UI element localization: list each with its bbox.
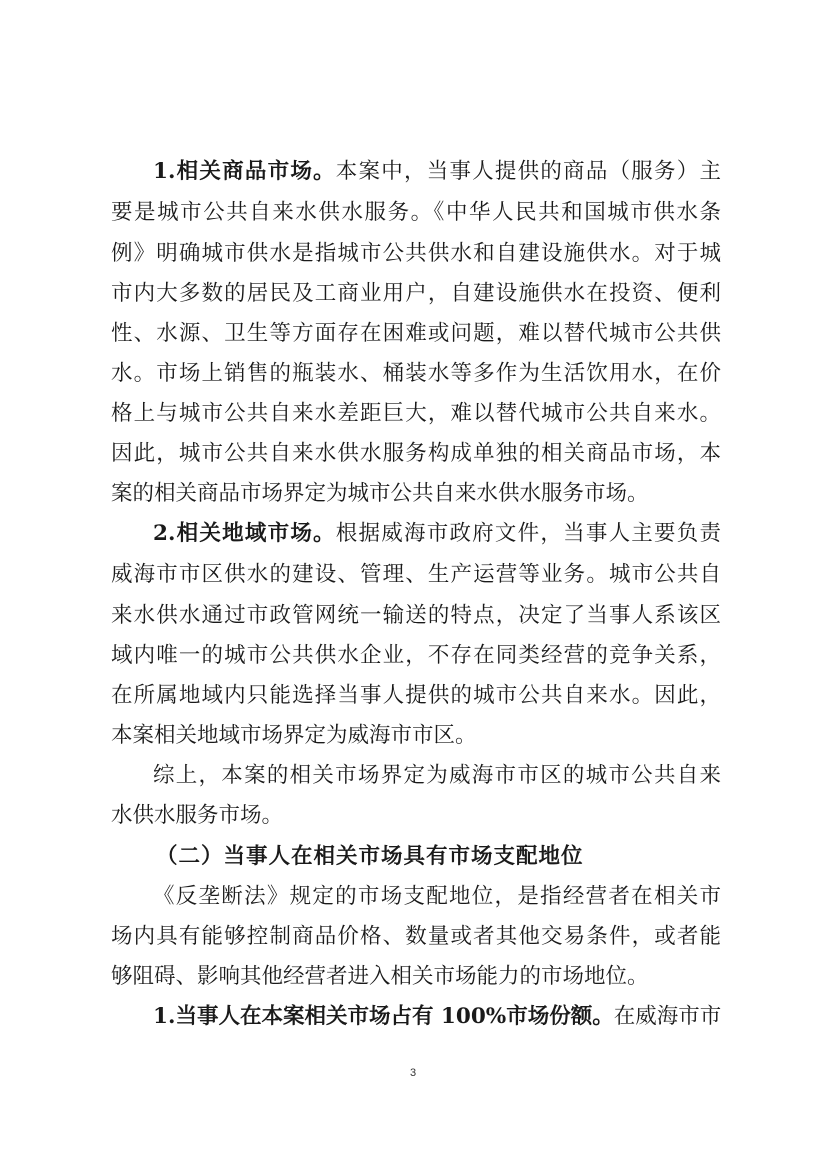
subsection-title: 1.当事人在本案相关市场占有 100%市场份额。 [153, 1004, 614, 1029]
paragraph-line: 够阻碍、影响其他经营者进入相关市场能力的市场地位。 [111, 957, 721, 997]
paragraph-line: 格上与城市公共自来水差距巨大，难以替代城市公共自来水。 [111, 394, 721, 434]
paragraph-line: 要是城市公共自来水供水服务。《中华人民共和国城市供水条 [111, 193, 721, 233]
paragraph-line: 1.当事人在本案相关市场占有 100%市场份额。在威海市市 [153, 997, 721, 1037]
paragraph-line: 市内大多数的居民及工商业用户，自建设施供水在投资、便利 [111, 274, 721, 314]
paragraph-line: 域内唯一的城市公共供水企业，不存在同类经营的竞争关系， [111, 636, 721, 676]
paragraph-text: 根据威海市政府文件，当事人主要负责 [336, 521, 721, 546]
paragraph-line: 案的相关商品市场界定为城市公共自来水供水服务市场。 [111, 474, 721, 514]
paragraph-line: 来水供水通过市政管网统一输送的特点，决定了当事人系该区 [111, 596, 721, 636]
document-page: 1.相关商品市场。本案中，当事人提供的商品（服务）主 要是城市公共自来水供水服务… [0, 0, 826, 1169]
paragraph-line: 性、水源、卫生等方面存在困难或问题，难以替代城市公共供 [111, 314, 721, 354]
page-number: 3 [405, 1067, 421, 1079]
paragraph-line: 1.相关商品市场。本案中，当事人提供的商品（服务）主 [153, 152, 721, 192]
paragraph-line: 因此，城市公共自来水供水服务构成单独的相关商品市场，本 [111, 434, 721, 474]
paragraph-line: 水供水服务市场。 [111, 796, 721, 836]
paragraph-line: 例》明确城市供水是指城市公共供水和自建设施供水。对于城 [111, 234, 721, 274]
paragraph-text: 在威海市市 [614, 1004, 722, 1029]
paragraph-line: 水。市场上销售的瓶装水、桶装水等多作为生活饮用水，在价 [111, 354, 721, 394]
paragraph-line: 威海市市区供水的建设、管理、生产运营等业务。城市公共自 [111, 555, 721, 595]
paragraph-text: 本案中，当事人提供的商品（服务）主 [336, 159, 721, 184]
section-heading: （二）当事人在相关市场具有市场支配地位 [156, 837, 584, 877]
paragraph-line: 在所属地域内只能选择当事人提供的城市公共自来水。因此， [111, 676, 721, 716]
paragraph-line: 综上，本案的相关市场界定为威海市市区的城市公共自来 [153, 756, 721, 796]
subsection-title: 2.相关地域市场。 [153, 521, 336, 546]
subsection-title: 1.相关商品市场。 [153, 159, 336, 184]
paragraph-line: 场内具有能够控制商品价格、数量或者其他交易条件，或者能 [111, 917, 721, 957]
paragraph-line: 《反垄断法》规定的市场支配地位，是指经营者在相关市 [153, 877, 721, 917]
paragraph-line: 本案相关地域市场界定为威海市市区。 [111, 716, 721, 756]
paragraph-line: 2.相关地域市场。根据威海市政府文件，当事人主要负责 [153, 514, 721, 554]
